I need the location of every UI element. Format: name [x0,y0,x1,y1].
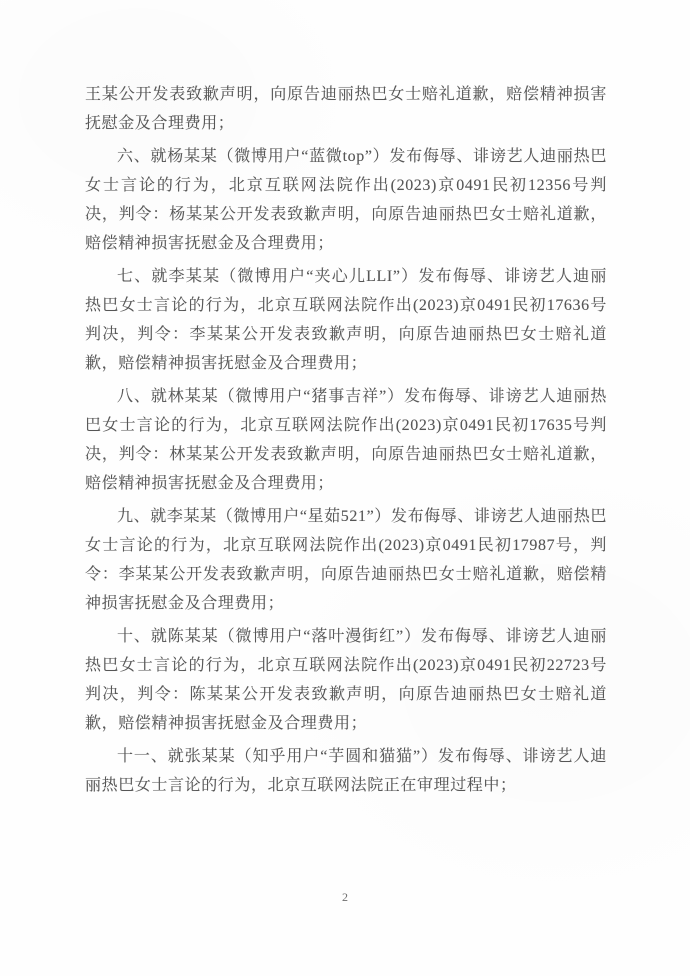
paragraph-item-8: 八、就林某某（微博用户“猪事吉祥”）发布侮辱、诽谤艺人迪丽热巴女士言论的行为，北… [85,382,607,498]
document-page: 王某公开发表致歉声明，向原告迪丽热巴女士赔礼道歉，赔偿精神损害抚慰金及合理费用；… [0,0,690,976]
paragraph-item-11: 十一、就张某某（知乎用户“芋圆和猫猫”）发布侮辱、诽谤艺人迪丽热巴女士言论的行为… [85,742,607,800]
paragraph-item-9: 九、就李某某（微博用户“星茹521”）发布侮辱、诽谤艺人迪丽热巴女士言论的行为，… [85,502,607,618]
page-number: 2 [0,890,690,905]
paragraph-item-7: 七、就李某某（微博用户“夹心儿LLI”）发布侮辱、诽谤艺人迪丽热巴女士言论的行为… [85,262,607,378]
paragraph-continuation: 王某公开发表致歉声明，向原告迪丽热巴女士赔礼道歉，赔偿精神损害抚慰金及合理费用； [85,80,607,138]
paragraph-item-6: 六、就杨某某（微博用户“蓝微top”）发布侮辱、诽谤艺人迪丽热巴女士言论的行为，… [85,142,607,258]
paragraph-item-10: 十、就陈某某（微博用户“落叶漫街红”）发布侮辱、诽谤艺人迪丽热巴女士言论的行为，… [85,622,607,738]
document-body: 王某公开发表致歉声明，向原告迪丽热巴女士赔礼道歉，赔偿精神损害抚慰金及合理费用；… [85,80,607,804]
